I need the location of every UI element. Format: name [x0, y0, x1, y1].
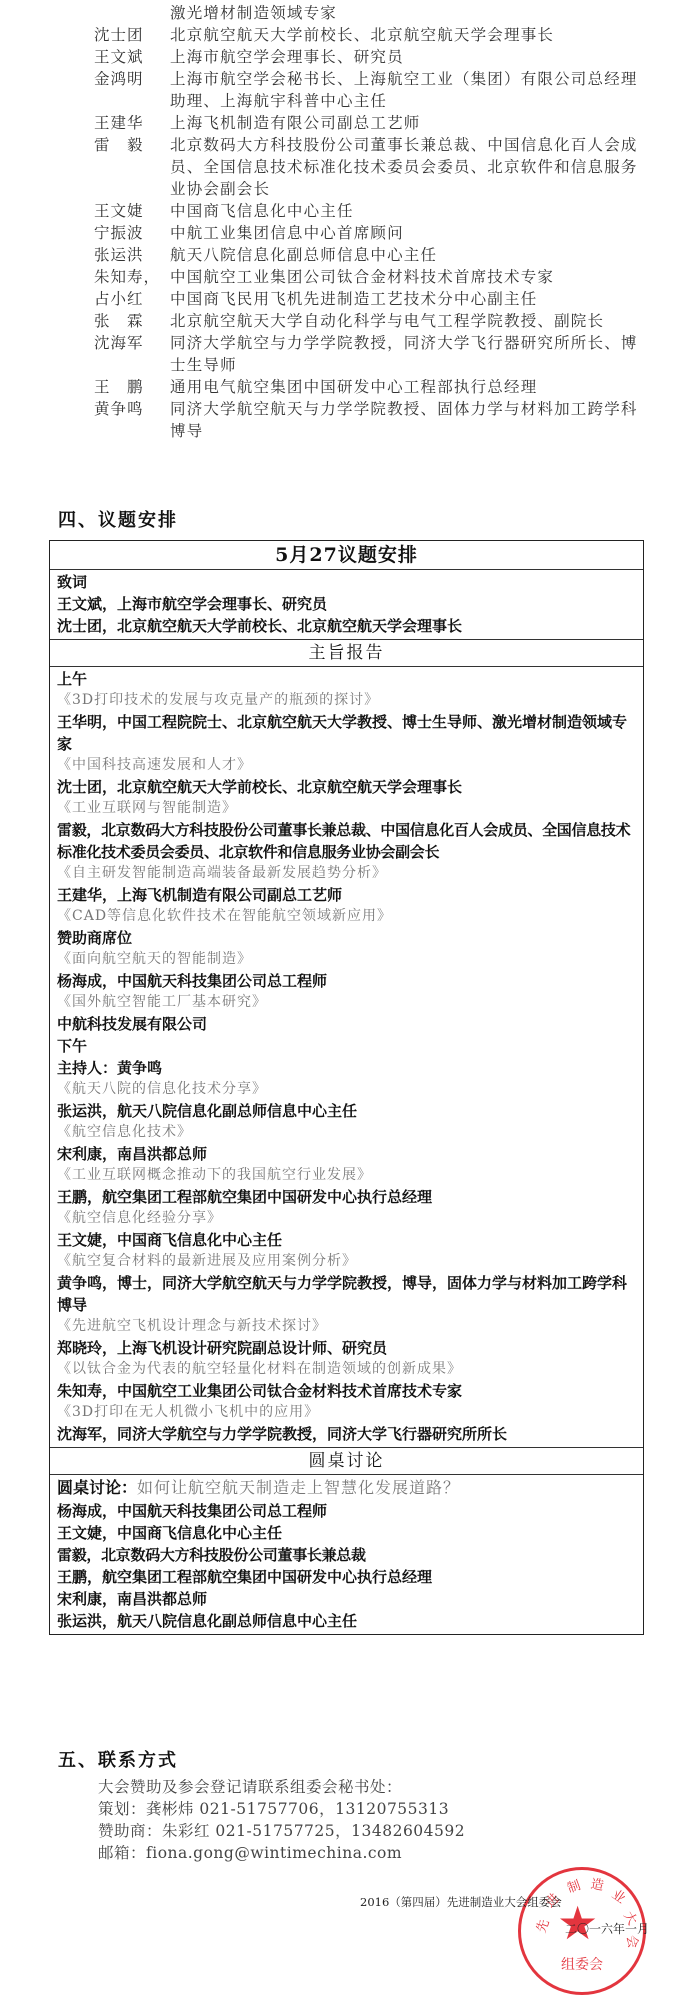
section-heading-contact: 五、联系方式 [58, 1746, 178, 1772]
talk-topic: 《中国科技高速发展和人才》 [57, 755, 636, 776]
seal-arc-char: 业 [609, 1884, 631, 1907]
roundtable-question-line: 圆桌讨论：如何让航空航天制造走上智慧化发展道路？ [57, 1476, 636, 1500]
member-name: 王文斌 [94, 46, 170, 68]
member-row: 王建华上海飞机制造有限公司副总工艺师 [94, 112, 654, 134]
session-host: 主持人：黄争鸣 [57, 1057, 636, 1079]
member-row: 宁振波中航工业集团信息中心首席顾问 [94, 222, 654, 244]
member-name: 张运洪 [94, 244, 170, 266]
member-name: 占小红 [94, 288, 170, 310]
member-name: 沈士团 [94, 24, 170, 46]
member-name: 宁振波 [94, 222, 170, 244]
talk-topic: 《CAD等信息化软件技术在智能航空领域新应用》 [57, 906, 636, 927]
committee-member-list: 激光增材制造领域专家 沈士团北京航空航天大学前校长、北京航空航天学会理事长 王文… [94, 2, 654, 442]
afternoon-label: 下午 [57, 1035, 636, 1057]
talk-speaker: 中航科技发展有限公司 [57, 1013, 636, 1035]
member-name: 王 鹏 [94, 376, 170, 398]
talk-topic: 《3D打印技术的发展与攻克量产的瓶颈的探讨》 [57, 690, 636, 711]
talk-speaker: 赞助商席位 [57, 927, 636, 949]
talk-topic: 《航空信息化技术》 [57, 1122, 636, 1143]
seal-arc-char: 先 [530, 1916, 552, 1935]
member-row: 雷 毅北京数码大方科技股份公司董事长兼总裁、中国信息化百人会成员、全国信息技术标… [94, 134, 654, 200]
talk-speaker: 沈士团，北京航空航天大学前校长、北京航空航天学会理事长 [57, 776, 636, 798]
seal-arc-char: 造 [589, 1873, 605, 1894]
contact-block: 大会赞助及参会登记请联系组委会秘书处： 策划：龚彬炜 021-51757706，… [98, 1776, 465, 1864]
agenda-table: 5月27议题安排 致词 王文斌，上海市航空学会理事长、研究员 沈士团，北京航空航… [49, 540, 644, 1635]
talk-speaker: 朱知寿，中国航空工业集团公司钛合金材料技术首席技术专家 [57, 1380, 636, 1402]
contact-email[interactable]: 邮箱：fiona.gong@wintimechina.com [98, 1842, 465, 1864]
member-desc: 中国航空工业集团公司钛合金材料技术首席技术专家 [170, 266, 654, 288]
member-desc: 同济大学航空与力学学院教授，同济大学飞行器研究所所长、博士生导师 [170, 332, 654, 376]
signature-org: 2016（第四届）先进制造业大会组委会 [360, 1894, 562, 1910]
contact-planning: 策划：龚彬炜 021-51757706，13120755313 [98, 1798, 465, 1820]
roundtable-question: 如何让航空航天制造走上智慧化发展道路？ [137, 1478, 460, 1497]
talk-topic: 《3D打印在无人机微小飞机中的应用》 [57, 1402, 636, 1423]
member-row: 朱知寿，中国航空工业集团公司钛合金材料技术首席技术专家 [94, 266, 654, 288]
contact-sponsor: 赞助商：朱彩红 021-51757725，13482604592 [98, 1820, 465, 1842]
member-desc: 北京数码大方科技股份公司董事长兼总裁、中国信息化百人会成员、全国信息技术标准化技… [170, 134, 654, 200]
member-row: 王文婕中国商飞信息化中心主任 [94, 200, 654, 222]
member-row: 张运洪航天八院信息化副总师信息中心主任 [94, 244, 654, 266]
talk-speaker: 张运洪，航天八院信息化副总师信息中心主任 [57, 1100, 636, 1122]
talk-topic: 《工业互联网与智能制造》 [57, 798, 636, 819]
talk-topic: 《以钛合金为代表的航空轻量化材料在制造领域的创新成果》 [57, 1359, 636, 1380]
member-name [94, 2, 170, 24]
member-desc: 同济大学航空航天与力学学院教授、固体力学与材料加工跨学科博导 [170, 398, 654, 442]
keynote-title: 主旨报告 [50, 639, 643, 667]
member-name: 王文婕 [94, 200, 170, 222]
member-name: 沈海军 [94, 332, 170, 376]
roundtable-block: 圆桌讨论：如何让航空航天制造走上智慧化发展道路？ 杨海成，中国航天科技集团公司总… [50, 1475, 643, 1634]
agenda-title: 5月27议题安排 [50, 541, 643, 570]
talk-speaker: 王华明，中国工程院院士、北京航空航天大学教授、博士生导师、激光增材制造领域专家 [57, 711, 636, 755]
talk-topic: 《工业互联网概念推动下的我国航空行业发展》 [57, 1165, 636, 1186]
member-row: 激光增材制造领域专家 [94, 2, 654, 24]
member-row: 王文斌上海市航空学会理事长、研究员 [94, 46, 654, 68]
section-heading-agenda: 四、议题安排 [58, 506, 178, 532]
member-name: 金鸿明 [94, 68, 170, 112]
roundtable-label: 圆桌讨论： [57, 1478, 137, 1497]
roundtable-title: 圆桌讨论 [50, 1447, 643, 1475]
opening-speaker: 王文斌，上海市航空学会理事长、研究员 [57, 593, 636, 615]
talk-speaker: 沈海军，同济大学航空与力学学院教授，同济大学飞行器研究所所长 [57, 1423, 636, 1445]
member-name: 王建华 [94, 112, 170, 134]
talk-speaker: 杨海成，中国航天科技集团公司总工程师 [57, 970, 636, 992]
member-desc: 上海市航空学会理事长、研究员 [170, 46, 654, 68]
member-row: 占小红中国商飞民用飞机先进制造工艺技术分中心副主任 [94, 288, 654, 310]
talk-speaker: 黄争鸣，博士，同济大学航空航天与力学学院教授，博导，固体力学与材料加工跨学科博导 [57, 1272, 636, 1316]
talk-topic: 《面向航空航天的智能制造》 [57, 949, 636, 970]
talk-speaker: 郑晓玲，上海飞机设计研究院副总设计师、研究员 [57, 1337, 636, 1359]
talk-topic: 《航空信息化经验分享》 [57, 1208, 636, 1229]
member-row: 张 霖北京航空航天大学自动化科学与电气工程学院教授、副院长 [94, 310, 654, 332]
panelist: 杨海成，中国航天科技集团公司总工程师 [57, 1500, 636, 1522]
seal-arc-char: 制 [564, 1874, 583, 1896]
contact-intro: 大会赞助及参会登记请联系组委会秘书处： [98, 1776, 465, 1798]
member-desc: 北京航空航天大学自动化科学与电气工程学院教授、副院长 [170, 310, 654, 332]
member-desc: 上海市航空学会秘书长、上海航空工业（集团）有限公司总经理助理、上海航宇科普中心主… [170, 68, 654, 112]
opening-block: 致词 王文斌，上海市航空学会理事长、研究员 沈士团，北京航空航天大学前校长、北京… [50, 570, 643, 639]
seal-bottom-text: 组委会 [521, 1954, 643, 1974]
member-row: 沈士团北京航空航天大学前校长、北京航空航天学会理事长 [94, 24, 654, 46]
morning-label: 上午 [57, 668, 636, 690]
signature-date: 二〇一六年一月 [565, 1920, 649, 1937]
member-desc: 中国商飞信息化中心主任 [170, 200, 654, 222]
member-desc: 北京航空航天大学前校长、北京航空航天学会理事长 [170, 24, 654, 46]
member-row: 王 鹏通用电气航空集团中国研发中心工程部执行总经理 [94, 376, 654, 398]
talk-topic: 《航天八院的信息化技术分享》 [57, 1079, 636, 1100]
keynote-block: 上午 《3D打印技术的发展与攻克量产的瓶颈的探讨》 王华明，中国工程院院士、北京… [50, 667, 643, 1447]
panelist: 王文婕，中国商飞信息化中心主任 [57, 1522, 636, 1544]
talk-topic: 《自主研发智能制造高端装备最新发展趋势分析》 [57, 863, 636, 884]
talk-speaker: 王建华，上海飞机制造有限公司副总工艺师 [57, 884, 636, 906]
talk-speaker: 宋利康，南昌洪都总师 [57, 1143, 636, 1165]
panelist: 宋利康，南昌洪都总师 [57, 1588, 636, 1610]
member-desc: 通用电气航空集团中国研发中心工程部执行总经理 [170, 376, 654, 398]
member-row: 黄争鸣同济大学航空航天与力学学院教授、固体力学与材料加工跨学科博导 [94, 398, 654, 442]
talk-speaker: 雷毅，北京数码大方科技股份公司董事长兼总裁、中国信息化百人会成员、全国信息技术标… [57, 819, 636, 863]
member-desc: 激光增材制造领域专家 [170, 2, 654, 24]
panelist: 王鹏，航空集团工程部航空集团中国研发中心执行总经理 [57, 1566, 636, 1588]
member-name: 雷 毅 [94, 134, 170, 200]
member-name: 黄争鸣 [94, 398, 170, 442]
talk-topic: 《先进航空飞机设计理念与新技术探讨》 [57, 1316, 636, 1337]
talk-topic: 《航空复合材料的最新进展及应用案例分析》 [57, 1251, 636, 1272]
panelist: 雷毅，北京数码大方科技股份公司董事长兼总裁 [57, 1544, 636, 1566]
opening-label: 致词 [57, 571, 636, 593]
member-desc: 上海飞机制造有限公司副总工艺师 [170, 112, 654, 134]
panelist: 张运洪，航天八院信息化副总师信息中心主任 [57, 1610, 636, 1632]
member-name: 张 霖 [94, 310, 170, 332]
talk-topic: 《国外航空智能工厂基本研究》 [57, 992, 636, 1013]
member-row: 沈海军同济大学航空与力学学院教授，同济大学飞行器研究所所长、博士生导师 [94, 332, 654, 376]
member-desc: 中国商飞民用飞机先进制造工艺技术分中心副主任 [170, 288, 654, 310]
member-desc: 中航工业集团信息中心首席顾问 [170, 222, 654, 244]
talk-speaker: 王鹏，航空集团工程部航空集团中国研发中心执行总经理 [57, 1186, 636, 1208]
member-row: 金鸿明上海市航空学会秘书长、上海航空工业（集团）有限公司总经理助理、上海航宇科普… [94, 68, 654, 112]
member-name: 朱知寿， [94, 266, 170, 288]
opening-speaker: 沈士团，北京航空航天大学前校长、北京航空航天学会理事长 [57, 615, 636, 637]
talk-speaker: 王文婕，中国商飞信息化中心主任 [57, 1229, 636, 1251]
member-desc: 航天八院信息化副总师信息中心主任 [170, 244, 654, 266]
